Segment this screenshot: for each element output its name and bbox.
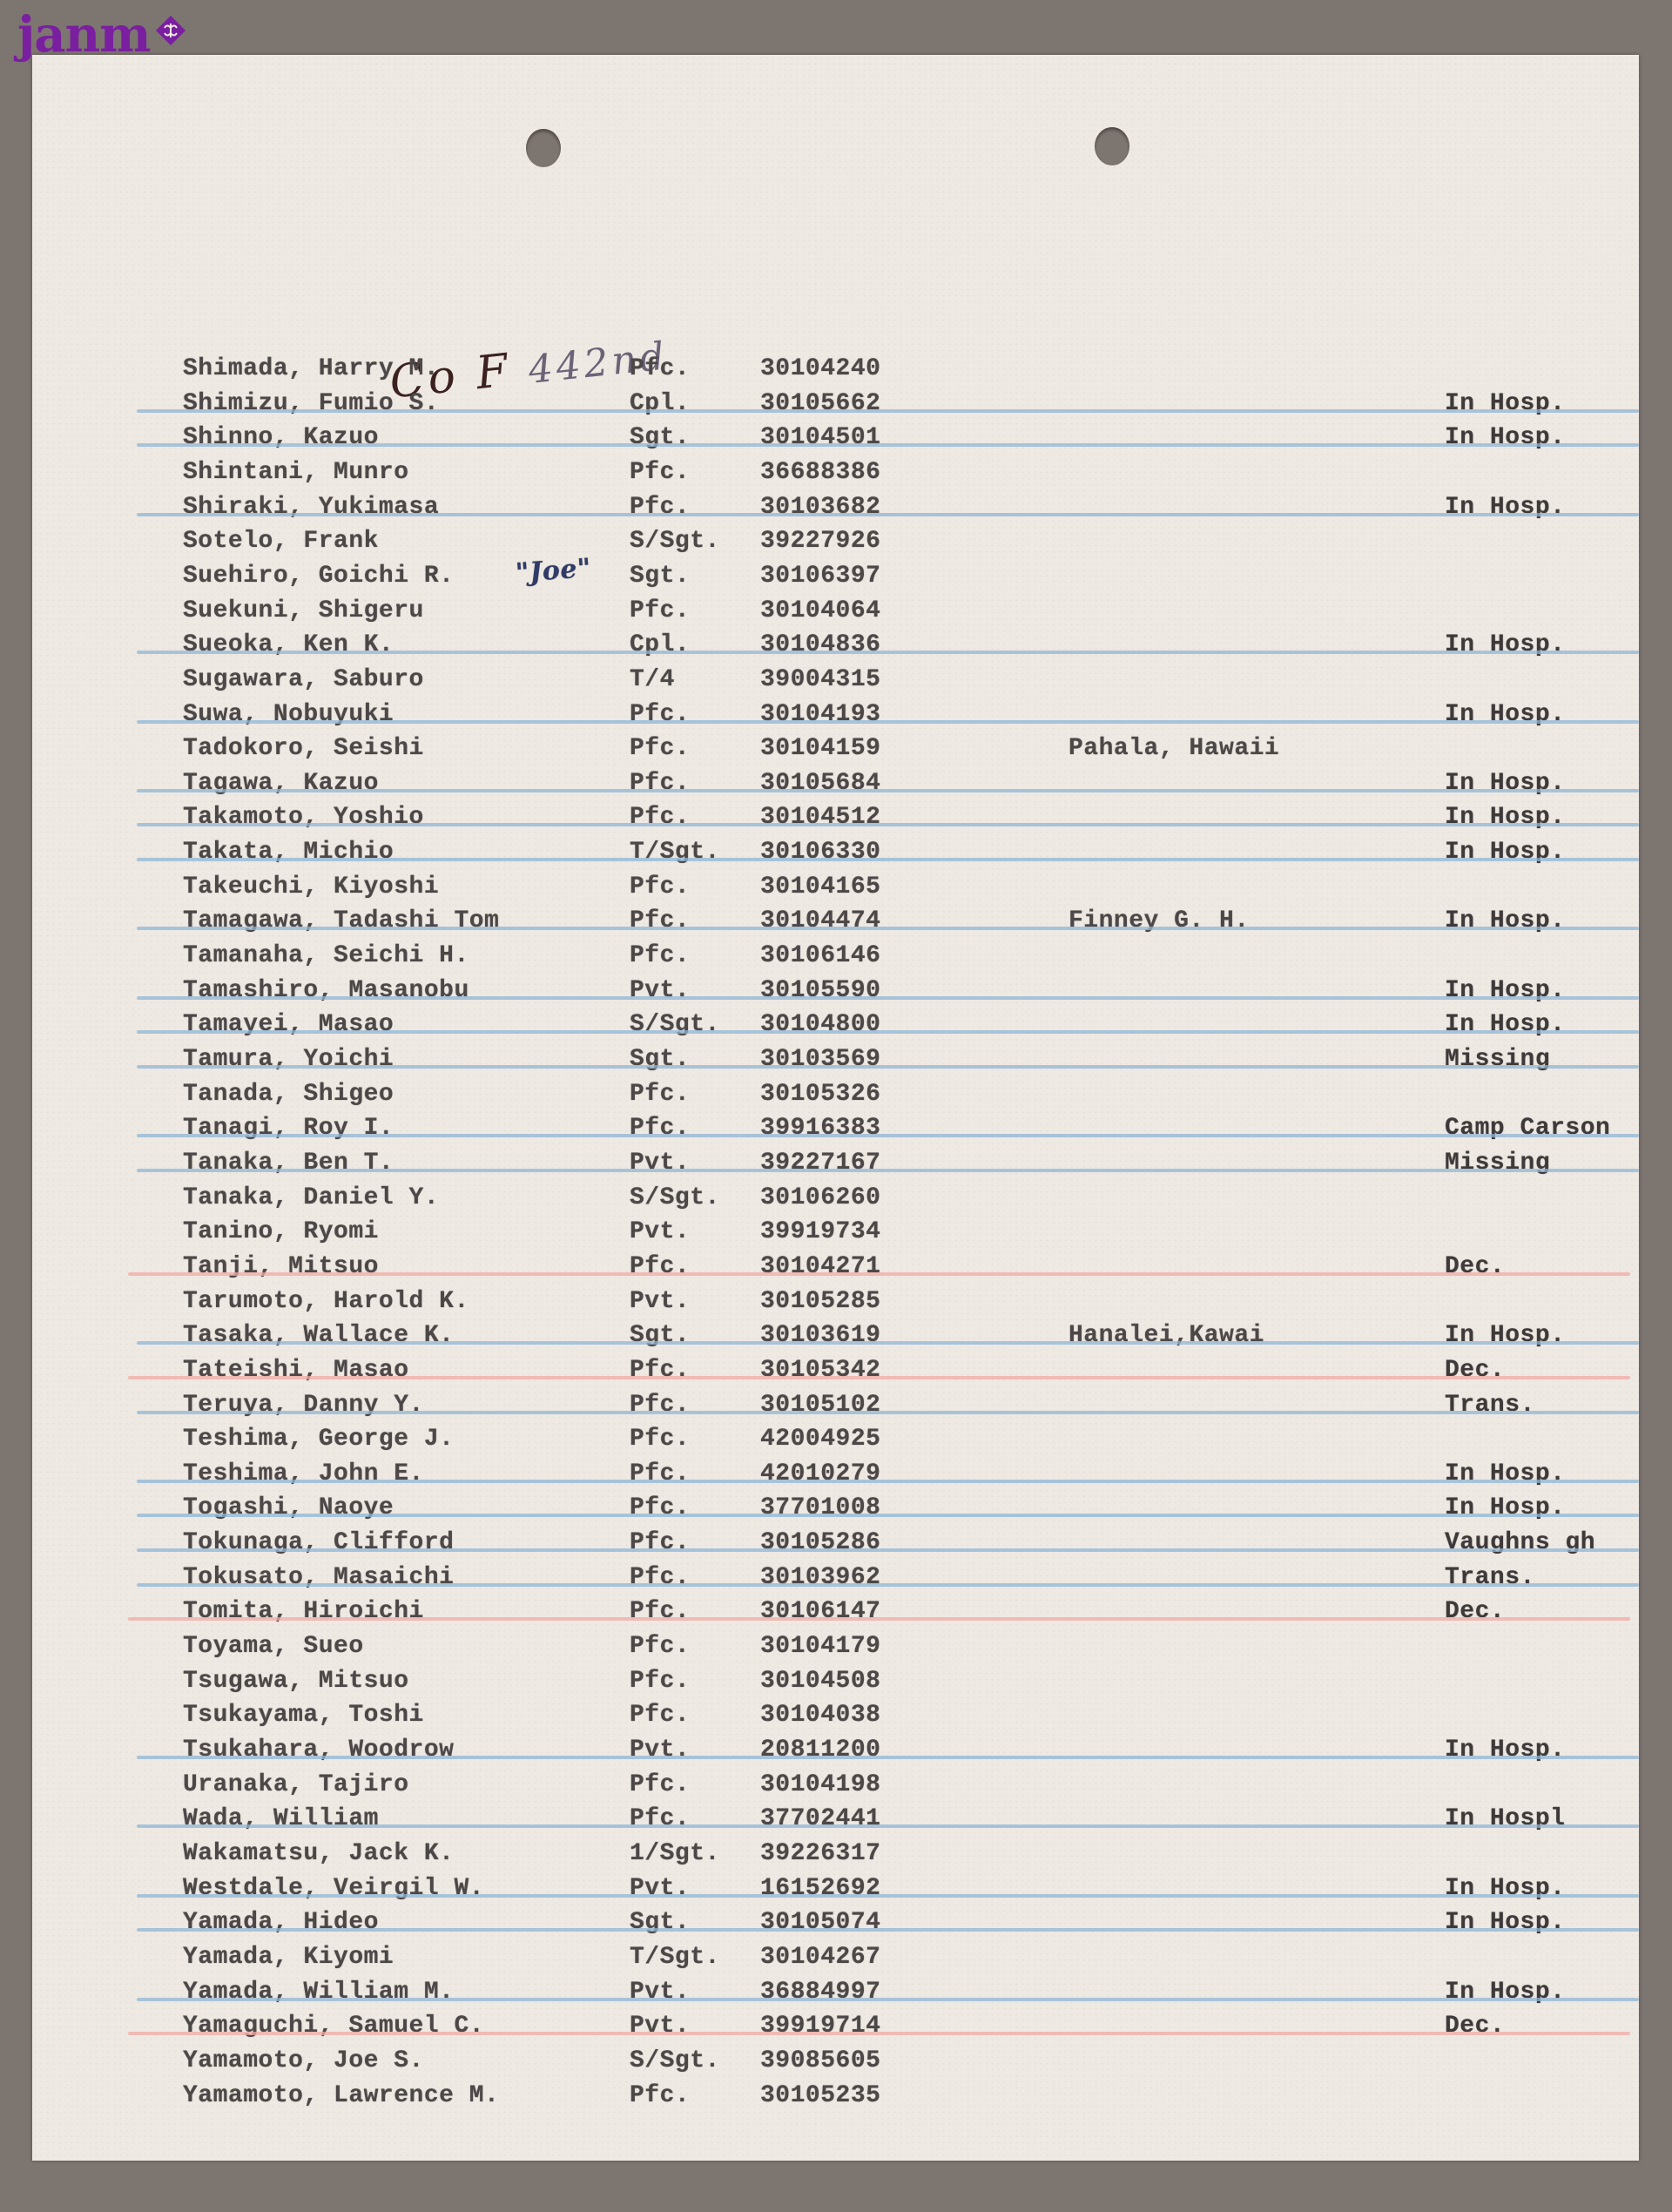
table-row: Togashi, NaoyePfc.37701008In Hosp. xyxy=(32,1493,1639,1524)
status-remark: Missing xyxy=(1445,1148,1550,1179)
blue-status-line xyxy=(137,1998,1639,2001)
table-row: Tokusato, MasaichiPfc.30103962Trans. xyxy=(32,1562,1639,1594)
soldier-rank: Pfc. xyxy=(630,492,690,523)
soldier-name: Tsukayama, Toshi xyxy=(183,1700,424,1731)
soldier-name: Takeuchi, Kiyoshi xyxy=(183,872,439,903)
soldier-name: Tamanaha, Seichi H. xyxy=(183,941,469,972)
table-row: Yamada, KiyomiT/Sgt.30104267 xyxy=(32,1942,1639,1973)
janm-diamond-crest-icon xyxy=(156,16,185,45)
status-remark: In Hosp. xyxy=(1445,422,1565,454)
blue-status-line xyxy=(137,789,1639,792)
soldier-name: Tasaka, Wallace K. xyxy=(183,1320,454,1352)
soldier-rank: Cpl. xyxy=(630,388,690,420)
soldier-rank: Pfc. xyxy=(630,1251,690,1283)
soldier-rank: Pfc. xyxy=(630,1631,690,1662)
soldier-rank: Pvt. xyxy=(630,975,690,1007)
logo-text: janm xyxy=(17,10,151,59)
soldier-rank: S/Sgt. xyxy=(630,526,720,557)
serial-number: 30104038 xyxy=(760,1700,880,1731)
table-row: Shinno, KazuoSgt.30104501In Hosp. xyxy=(32,422,1639,454)
soldier-rank: Pfc. xyxy=(630,768,690,799)
soldier-rank: Pfc. xyxy=(630,1770,690,1801)
table-row: Yamamoto, Lawrence M.Pfc.30105235 xyxy=(32,2080,1639,2112)
status-remark: In Hosp. xyxy=(1445,1320,1565,1352)
serial-number: 39004315 xyxy=(760,664,880,696)
soldier-rank: Pfc. xyxy=(630,354,690,385)
serial-number: 42004925 xyxy=(760,1424,880,1455)
status-remark: In Hosp. xyxy=(1445,1907,1565,1939)
serial-number: 30105342 xyxy=(760,1355,880,1386)
soldier-name: Tsugawa, Mitsuo xyxy=(183,1666,409,1697)
soldier-rank: Pfc. xyxy=(630,1355,690,1386)
serial-number: 30105235 xyxy=(760,2080,880,2112)
status-remark: In Hosp. xyxy=(1445,1977,1565,2008)
serial-number: 30103682 xyxy=(760,492,880,523)
status-remark: Vaughns gh xyxy=(1445,1527,1595,1559)
table-row: Tamashiro, MasanobuPvt.30105590In Hosp. xyxy=(32,975,1639,1007)
status-remark: In Hosp. xyxy=(1445,1873,1565,1905)
soldier-rank: Pfc. xyxy=(630,457,690,489)
soldier-name: Tagawa, Kazuo xyxy=(183,768,379,799)
blue-status-line xyxy=(137,1480,1639,1483)
status-remark: In Hosp. xyxy=(1445,1735,1565,1766)
table-row: Tasaka, Wallace K.Sgt.30103619Hanalei,Ka… xyxy=(32,1320,1639,1352)
status-remark: In Hosp. xyxy=(1445,1493,1565,1524)
soldier-name: Shimada, Harry M. xyxy=(183,354,439,385)
serial-number: 30104474 xyxy=(760,906,880,937)
table-row: Suwa, NobuyukiPfc.30104193In Hosp. xyxy=(32,699,1639,731)
blue-status-line xyxy=(137,1341,1639,1345)
soldier-name: Tokunaga, Clifford xyxy=(183,1527,454,1559)
blue-status-line xyxy=(137,720,1639,724)
blue-status-line xyxy=(137,1134,1639,1137)
serial-number: 30103569 xyxy=(760,1044,880,1076)
serial-number: 30104064 xyxy=(760,596,880,627)
blue-status-line xyxy=(137,996,1639,1000)
table-row: Sugawara, SaburoT/439004315 xyxy=(32,664,1639,696)
soldier-name: Shiraki, Yukimasa xyxy=(183,492,439,523)
blue-status-line xyxy=(137,1583,1639,1587)
table-row: Toyama, SueoPfc.30104179 xyxy=(32,1631,1639,1662)
blue-status-line xyxy=(137,1030,1639,1034)
soldier-rank: Pfc. xyxy=(630,906,690,937)
table-row: Shiraki, YukimasaPfc.30103682In Hosp. xyxy=(32,492,1639,523)
soldier-name: Yamada, Hideo xyxy=(183,1907,379,1939)
soldier-rank: Pvt. xyxy=(630,1217,690,1248)
status-remark: In Hosp. xyxy=(1445,802,1565,833)
soldier-name: Toyama, Sueo xyxy=(183,1631,364,1662)
table-row: Teruya, Danny Y.Pfc.30105102Trans. xyxy=(32,1390,1639,1421)
blue-status-line xyxy=(137,1169,1639,1172)
soldier-rank: T/Sgt. xyxy=(630,837,720,868)
table-row: Tsukayama, ToshiPfc.30104038 xyxy=(32,1700,1639,1731)
soldier-rank: Pfc. xyxy=(630,1079,690,1110)
soldier-rank: Pvt. xyxy=(630,1735,690,1766)
soldier-rank: T/Sgt. xyxy=(630,1942,720,1973)
red-status-line xyxy=(128,1617,1630,1621)
soldier-name: Tateishi, Masao xyxy=(183,1355,409,1386)
soldier-rank: Pfc. xyxy=(630,733,690,765)
table-row: Uranaka, TajiroPfc.30104198 xyxy=(32,1770,1639,1801)
soldier-rank: Pfc. xyxy=(630,699,690,731)
soldier-name: Tadokoro, Seishi xyxy=(183,733,424,765)
soldier-name: Uranaka, Tajiro xyxy=(183,1770,409,1801)
serial-number: 42010279 xyxy=(760,1459,880,1490)
status-remark: Camp Carson xyxy=(1445,1113,1610,1144)
soldier-rank: Pvt. xyxy=(630,1977,690,2008)
soldier-rank: Pfc. xyxy=(630,802,690,833)
table-row: Shintani, MunroPfc.36688386 xyxy=(32,457,1639,489)
serial-number: 30105286 xyxy=(760,1527,880,1559)
table-row: Tamanaha, Seichi H.Pfc.30106146 xyxy=(32,941,1639,972)
serial-number: 30104159 xyxy=(760,733,880,765)
table-row: Tamagawa, Tadashi TomPfc.30104474Finney … xyxy=(32,906,1639,937)
soldier-rank: Pvt. xyxy=(630,1286,690,1318)
table-row: Tamura, YoichiSgt.30103569Missing xyxy=(32,1044,1639,1076)
table-row: Tsukahara, WoodrowPvt.20811200In Hosp. xyxy=(32,1735,1639,1766)
table-row: Tomita, HiroichiPfc.30106147Dec. xyxy=(32,1596,1639,1628)
soldier-rank: Cpl. xyxy=(630,630,690,661)
soldier-rank: Sgt. xyxy=(630,1044,690,1076)
table-row: Sotelo, FrankS/Sgt.39227926 xyxy=(32,526,1639,557)
blue-status-line xyxy=(137,1894,1639,1898)
table-row: Shimada, Harry M.Pfc.30104240 xyxy=(32,354,1639,385)
serial-number: 30104267 xyxy=(760,1942,880,1973)
red-status-line xyxy=(128,1376,1630,1379)
soldier-rank: Sgt. xyxy=(630,1907,690,1939)
soldier-rank: Pfc. xyxy=(630,872,690,903)
soldier-name: Suwa, Nobuyuki xyxy=(183,699,394,731)
table-row: Tsugawa, MitsuoPfc.30104508 xyxy=(32,1666,1639,1697)
soldier-rank: Pfc. xyxy=(630,596,690,627)
serial-number: 16152692 xyxy=(760,1873,880,1905)
soldier-rank: Pvt. xyxy=(630,1148,690,1179)
serial-number: 39916383 xyxy=(760,1113,880,1144)
soldier-name: Tanji, Mitsuo xyxy=(183,1251,379,1283)
table-row: Tagawa, KazuoPfc.30105684In Hosp. xyxy=(32,768,1639,799)
status-remark: Trans. xyxy=(1445,1390,1535,1421)
table-row: Yamamoto, Joe S.S/Sgt.39085605 xyxy=(32,2046,1639,2077)
status-remark: In Hospl xyxy=(1445,1804,1565,1835)
soldier-name: Takamoto, Yoshio xyxy=(183,802,424,833)
table-row: Shimizu, Fumio S.Cpl.30105662In Hosp. xyxy=(32,388,1639,420)
soldier-rank: Pfc. xyxy=(630,2080,690,2112)
status-remark: Dec. xyxy=(1445,2011,1505,2042)
soldier-name: Wada, William xyxy=(183,1804,379,1835)
serial-number: 36688386 xyxy=(760,457,880,489)
serial-number: 30106146 xyxy=(760,941,880,972)
status-remark: In Hosp. xyxy=(1445,1459,1565,1490)
soldier-rank: Pfc. xyxy=(630,1666,690,1697)
serial-number: 30104165 xyxy=(760,872,880,903)
serial-number: 30103962 xyxy=(760,1562,880,1594)
soldier-name: Teshima, George J. xyxy=(183,1424,454,1455)
blue-status-line xyxy=(137,823,1639,826)
serial-number: 30104179 xyxy=(760,1631,880,1662)
blue-status-line xyxy=(137,443,1639,447)
status-remark: In Hosp. xyxy=(1445,630,1565,661)
soldier-rank: Pfc. xyxy=(630,1459,690,1490)
soldier-name: Tamayei, Masao xyxy=(183,1009,394,1041)
table-row: Tanagi, Roy I.Pfc.39916383Camp Carson xyxy=(32,1113,1639,1144)
table-row: Sueoka, Ken K.Cpl.30104836In Hosp. xyxy=(32,630,1639,661)
blue-status-line xyxy=(137,409,1639,413)
location-note: Pahala, Hawaii xyxy=(1069,733,1279,765)
table-row: Tadokoro, SeishiPfc.30104159Pahala, Hawa… xyxy=(32,733,1639,765)
serial-number: 30106397 xyxy=(760,561,880,592)
blue-status-line xyxy=(137,1411,1639,1414)
soldier-rank: Pfc. xyxy=(630,1493,690,1524)
blue-status-line xyxy=(137,1548,1639,1552)
soldier-name: Sotelo, Frank xyxy=(183,526,379,557)
soldier-rank: Pfc. xyxy=(630,1424,690,1455)
table-row: Yamada, HideoSgt.30105074In Hosp. xyxy=(32,1907,1639,1939)
serial-number: 30104508 xyxy=(760,1666,880,1697)
soldier-name: Tanino, Ryomi xyxy=(183,1217,379,1248)
table-row: Westdale, Veirgil W.Pvt.16152692In Hosp. xyxy=(32,1873,1639,1905)
serial-number: 30104240 xyxy=(760,354,880,385)
status-remark: In Hosp. xyxy=(1445,1009,1565,1041)
table-row: Takeuchi, KiyoshiPfc.30104165 xyxy=(32,872,1639,903)
soldier-name: Yamamoto, Lawrence M. xyxy=(183,2080,499,2112)
soldier-name: Yamamoto, Joe S. xyxy=(183,2046,424,2077)
soldier-rank: S/Sgt. xyxy=(630,1183,720,1214)
soldier-name: Shimizu, Fumio S. xyxy=(183,388,439,420)
punch-hole-right xyxy=(1095,127,1129,165)
status-remark: Dec. xyxy=(1445,1251,1505,1283)
soldier-name: Suekuni, Shigeru xyxy=(183,596,424,627)
table-row: Yamaguchi, Samuel C.Pvt.39919714Dec. xyxy=(32,2011,1639,2042)
serial-number: 30105662 xyxy=(760,388,880,420)
table-row: Teshima, John E.Pfc.42010279In Hosp. xyxy=(32,1459,1639,1490)
blue-status-line xyxy=(137,1824,1639,1828)
soldier-rank: S/Sgt. xyxy=(630,1009,720,1041)
table-row: Wada, WilliamPfc.37702441In Hospl xyxy=(32,1804,1639,1835)
status-remark: Missing xyxy=(1445,1044,1550,1076)
serial-number: 30106147 xyxy=(760,1596,880,1628)
serial-number: 30105074 xyxy=(760,1907,880,1939)
serial-number: 39919714 xyxy=(760,2011,880,2042)
serial-number: 30106260 xyxy=(760,1183,880,1214)
serial-number: 39227926 xyxy=(760,526,880,557)
soldier-name: Shinno, Kazuo xyxy=(183,422,379,454)
soldier-name: Togashi, Naoye xyxy=(183,1493,394,1524)
blue-status-line xyxy=(137,1514,1639,1517)
soldier-name: Tsukahara, Woodrow xyxy=(183,1735,454,1766)
soldier-name: Yamada, Kiyomi xyxy=(183,1942,394,1973)
table-row: Yamada, William M.Pvt.36884997In Hosp. xyxy=(32,1977,1639,2008)
table-row: Tanaka, Daniel Y.S/Sgt.30106260 xyxy=(32,1183,1639,1214)
location-note: Finney G. H. xyxy=(1069,906,1250,937)
serial-number: 36884997 xyxy=(760,1977,880,2008)
red-status-line xyxy=(128,2032,1630,2035)
status-remark: In Hosp. xyxy=(1445,699,1565,731)
red-status-line xyxy=(128,1272,1630,1276)
soldier-rank: Pfc. xyxy=(630,1113,690,1144)
serial-number: 30105285 xyxy=(760,1286,880,1318)
status-remark: In Hosp. xyxy=(1445,388,1565,420)
soldier-rank: Pfc. xyxy=(630,1804,690,1835)
soldier-rank: Pfc. xyxy=(630,1390,690,1421)
blue-status-line xyxy=(137,1065,1639,1069)
soldier-name: Tomita, Hiroichi xyxy=(183,1596,424,1628)
blue-status-line xyxy=(137,651,1639,654)
handwritten-nickname: "Joe" xyxy=(515,553,592,590)
serial-number: 39227167 xyxy=(760,1148,880,1179)
status-remark: Trans. xyxy=(1445,1562,1535,1594)
soldier-name: Tanagi, Roy I. xyxy=(183,1113,394,1144)
soldier-name: Sugawara, Saburo xyxy=(183,664,424,696)
soldier-rank: S/Sgt. xyxy=(630,2046,720,2077)
status-remark: In Hosp. xyxy=(1445,492,1565,523)
status-remark: In Hosp. xyxy=(1445,768,1565,799)
soldier-name: Tanaka, Ben T. xyxy=(183,1148,394,1179)
serial-number: 30104193 xyxy=(760,699,880,731)
soldier-name: Tamagawa, Tadashi Tom xyxy=(183,906,499,937)
soldier-rank: Sgt. xyxy=(630,422,690,454)
soldier-rank: Sgt. xyxy=(630,561,690,592)
table-row: Tanji, MitsuoPfc.30104271Dec. xyxy=(32,1251,1639,1283)
location-note: Hanalei,Kawai xyxy=(1069,1320,1264,1352)
serial-number: 30104271 xyxy=(760,1251,880,1283)
soldier-name: Tamura, Yoichi xyxy=(183,1044,394,1076)
table-row: Suehiro, Goichi R.Sgt.30106397"Joe" xyxy=(32,561,1639,592)
soldier-name: Yamaguchi, Samuel C. xyxy=(183,2011,484,2042)
blue-status-line xyxy=(137,513,1639,516)
serial-number: 39226317 xyxy=(760,1838,880,1870)
soldier-rank: Pfc. xyxy=(630,941,690,972)
soldier-name: Teshima, John E. xyxy=(183,1459,424,1490)
serial-number: 30105326 xyxy=(760,1079,880,1110)
table-row: Tanino, RyomiPvt.39919734 xyxy=(32,1217,1639,1248)
status-remark: Dec. xyxy=(1445,1355,1505,1386)
soldier-rank: Sgt. xyxy=(630,1320,690,1352)
status-remark: In Hosp. xyxy=(1445,837,1565,868)
soldier-rank: Pfc. xyxy=(630,1562,690,1594)
soldier-name: Tokusato, Masaichi xyxy=(183,1562,454,1594)
soldier-rank: Pfc. xyxy=(630,1700,690,1731)
soldier-name: Westdale, Veirgil W. xyxy=(183,1873,484,1905)
serial-number: 30105684 xyxy=(760,768,880,799)
serial-number: 39919734 xyxy=(760,1217,880,1248)
soldier-name: Tanaka, Daniel Y. xyxy=(183,1183,439,1214)
serial-number: 30104512 xyxy=(760,802,880,833)
soldier-rank: Pvt. xyxy=(630,1873,690,1905)
soldier-name: Tanada, Shigeo xyxy=(183,1079,394,1110)
soldier-name: Tarumoto, Harold K. xyxy=(183,1286,469,1318)
soldier-name: Teruya, Danny Y. xyxy=(183,1390,424,1421)
soldier-rank: Pvt. xyxy=(630,2011,690,2042)
serial-number: 39085605 xyxy=(760,2046,880,2077)
soldier-name: Yamada, William M. xyxy=(183,1977,454,2008)
serial-number: 37701008 xyxy=(760,1493,880,1524)
table-row: Takata, MichioT/Sgt.30106330In Hosp. xyxy=(32,837,1639,868)
soldier-name: Tamashiro, Masanobu xyxy=(183,975,469,1007)
janm-logo: janm xyxy=(17,5,185,59)
blue-status-line xyxy=(137,1756,1639,1759)
blue-status-line xyxy=(137,1928,1639,1932)
status-remark: In Hosp. xyxy=(1445,975,1565,1007)
serial-number: 37702441 xyxy=(760,1804,880,1835)
soldier-rank: Pfc. xyxy=(630,1596,690,1628)
soldier-name: Wakamatsu, Jack K. xyxy=(183,1838,454,1870)
blue-status-line xyxy=(137,927,1639,930)
soldier-name: Sueoka, Ken K. xyxy=(183,630,394,661)
serial-number: 20811200 xyxy=(760,1735,880,1766)
roster-document-page: Co F442nd Shimada, Harry M.Pfc.30104240S… xyxy=(32,55,1639,2161)
soldier-rank: T/4 xyxy=(630,664,675,696)
serial-number: 30106330 xyxy=(760,837,880,868)
table-row: Takamoto, YoshioPfc.30104512In Hosp. xyxy=(32,802,1639,833)
soldier-rank: Pfc. xyxy=(630,1527,690,1559)
serial-number: 30104836 xyxy=(760,630,880,661)
blue-status-line xyxy=(137,858,1639,861)
serial-number: 30104501 xyxy=(760,422,880,454)
table-row: Tamayei, MasaoS/Sgt.30104800In Hosp. xyxy=(32,1009,1639,1041)
table-row: Teshima, George J.Pfc.42004925 xyxy=(32,1424,1639,1455)
soldier-rank: 1/Sgt. xyxy=(630,1838,720,1870)
serial-number: 30105102 xyxy=(760,1390,880,1421)
table-row: Tanaka, Ben T.Pvt.39227167Missing xyxy=(32,1148,1639,1179)
soldier-name: Suehiro, Goichi R. xyxy=(183,561,454,592)
serial-number: 30103619 xyxy=(760,1320,880,1352)
table-row: Wakamatsu, Jack K.1/Sgt.39226317 xyxy=(32,1838,1639,1870)
table-row: Tanada, ShigeoPfc.30105326 xyxy=(32,1079,1639,1110)
soldier-name: Shintani, Munro xyxy=(183,457,409,489)
serial-number: 30105590 xyxy=(760,975,880,1007)
soldier-name: Takata, Michio xyxy=(183,837,394,868)
table-row: Tarumoto, Harold K.Pvt.30105285 xyxy=(32,1286,1639,1318)
serial-number: 30104198 xyxy=(760,1770,880,1801)
table-row: Suekuni, ShigeruPfc.30104064 xyxy=(32,596,1639,627)
table-row: Tateishi, MasaoPfc.30105342Dec. xyxy=(32,1355,1639,1386)
status-remark: Dec. xyxy=(1445,1596,1505,1628)
table-row: Tokunaga, CliffordPfc.30105286Vaughns gh xyxy=(32,1527,1639,1559)
punch-hole-left xyxy=(526,129,561,167)
status-remark: In Hosp. xyxy=(1445,906,1565,937)
serial-number: 30104800 xyxy=(760,1009,880,1041)
